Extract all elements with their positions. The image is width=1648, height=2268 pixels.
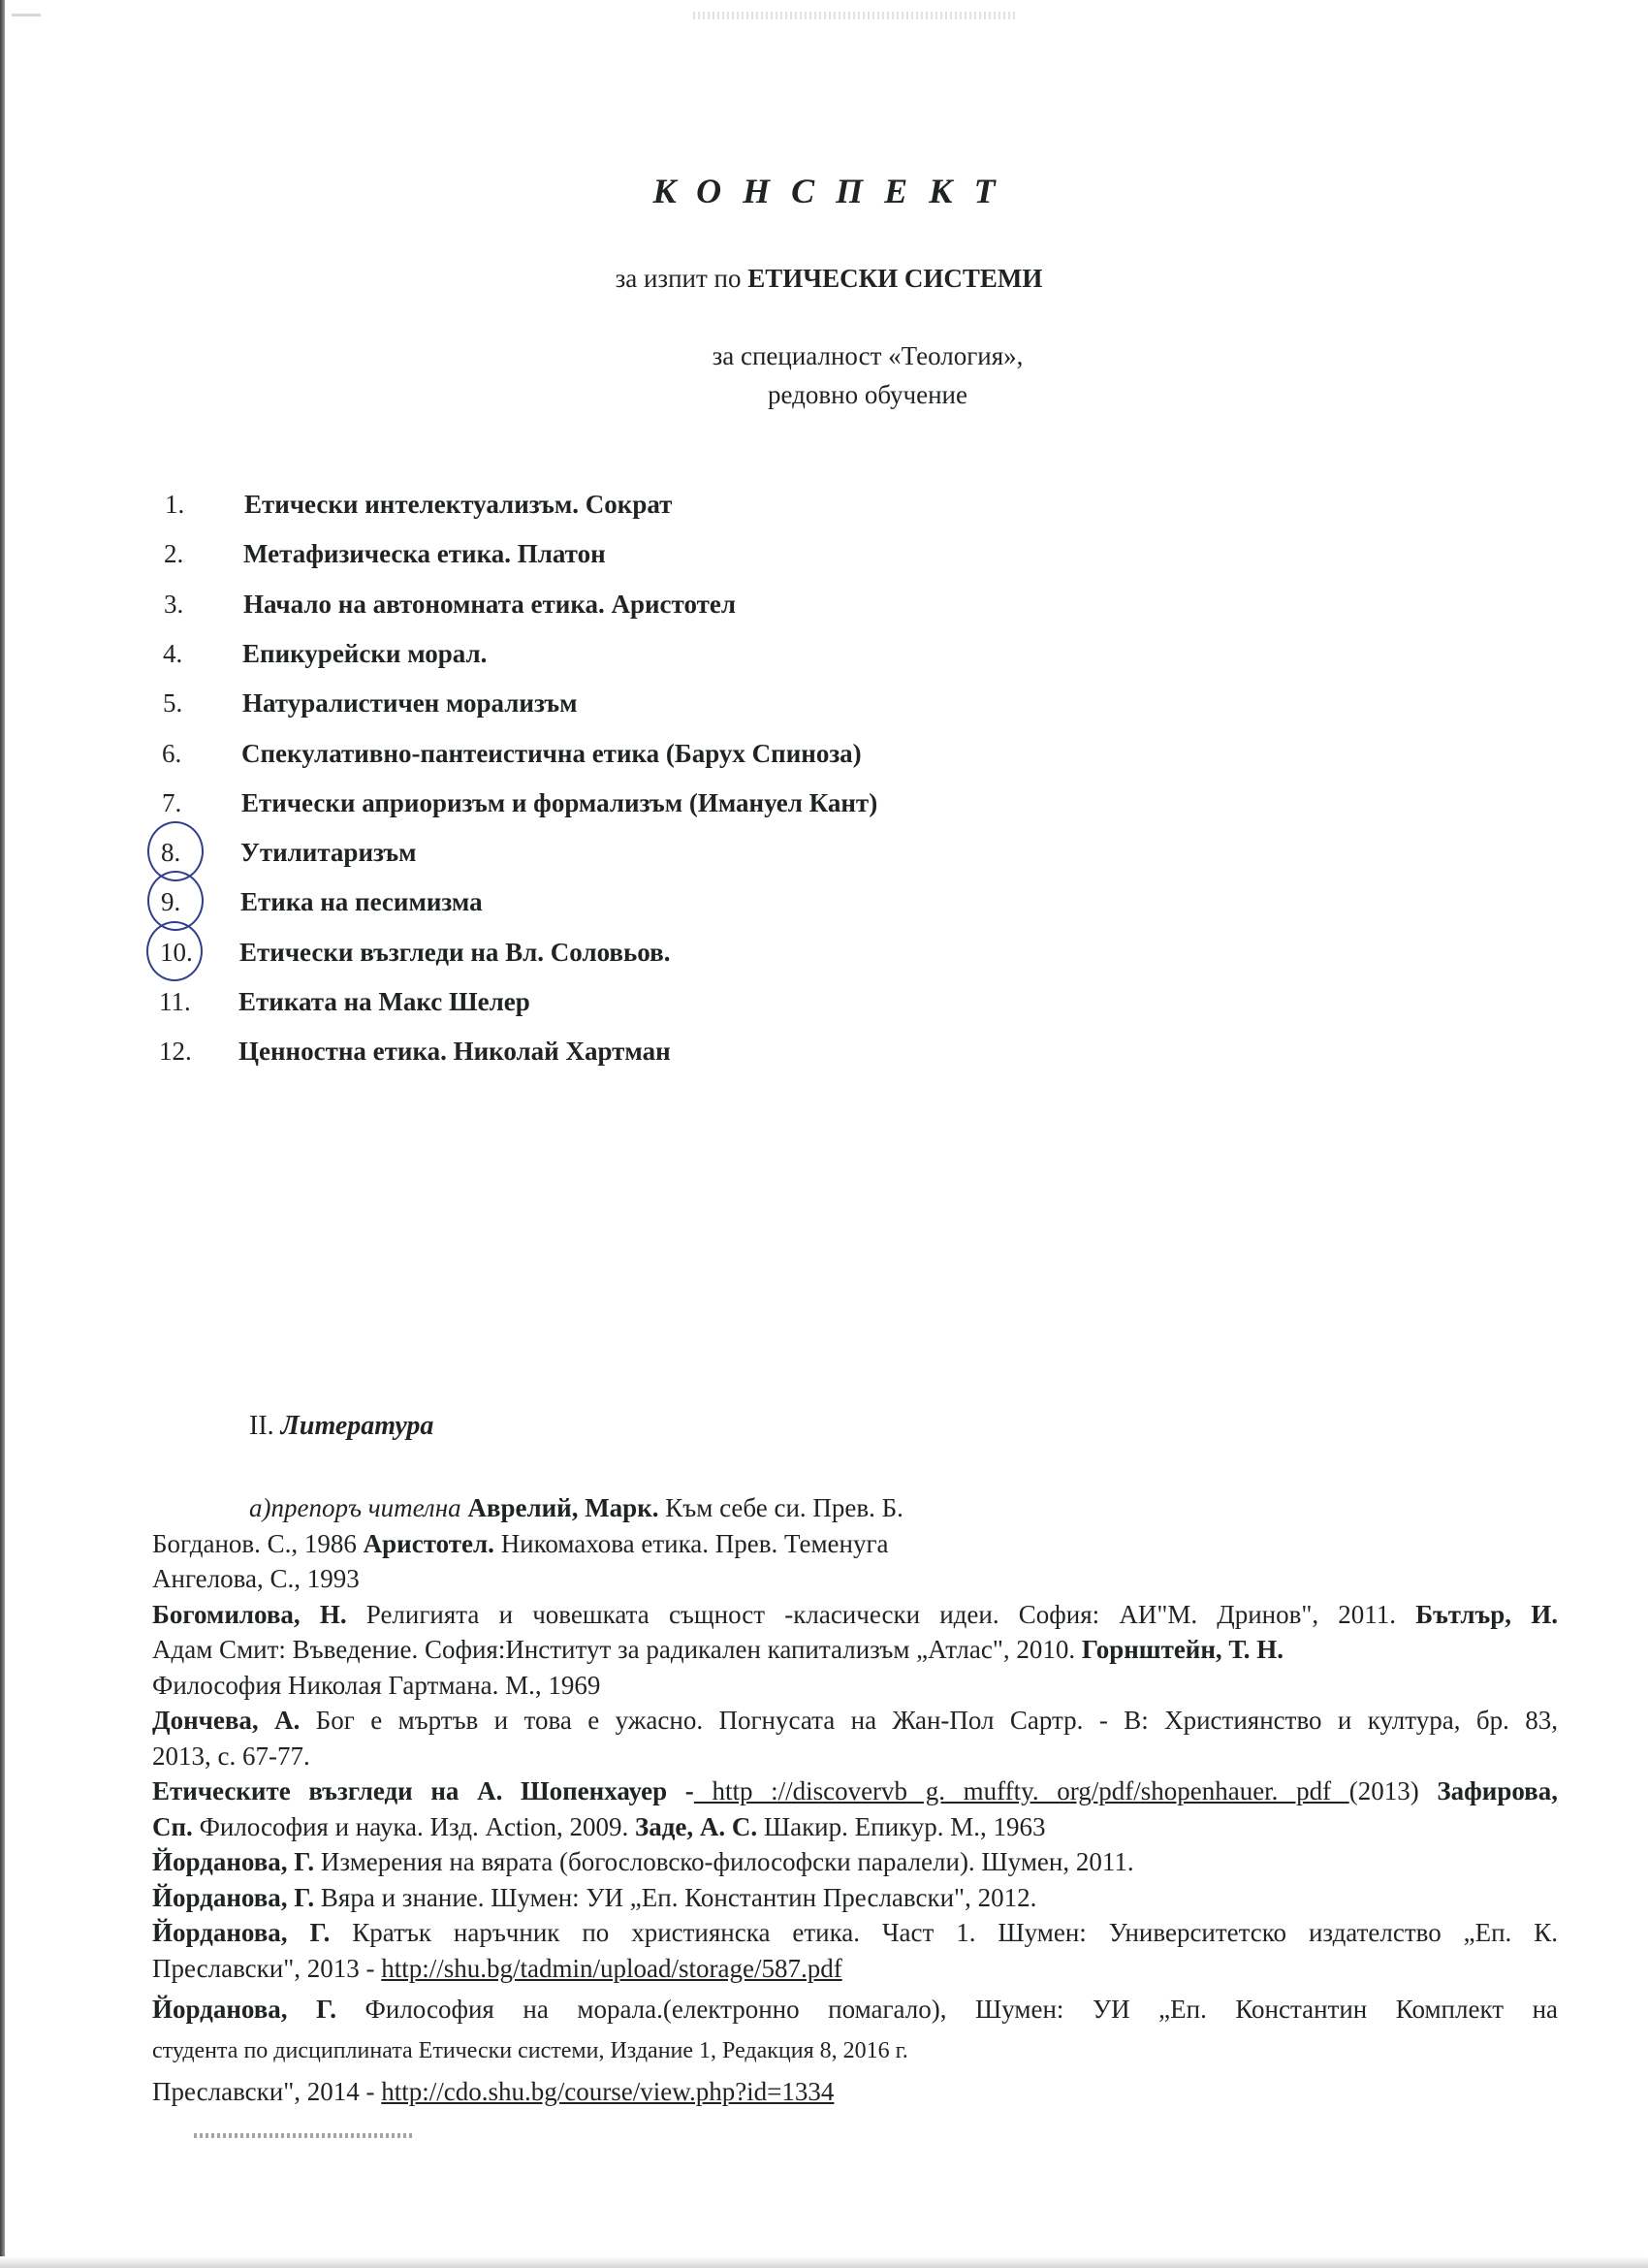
entry-text: Към себе си. Прев. Б.: [659, 1493, 903, 1522]
bibliography-entry: Преславски", 2014 - http://cdo.shu.bg/co…: [152, 2074, 1558, 2110]
bibliography-entry: Йорданова, Г. Измерения на вярата (богос…: [152, 1844, 1558, 1880]
entry-text: Ангелова, С., 1993: [152, 1564, 360, 1593]
document-specialty: за специалност «Теология», редовно обуче…: [0, 336, 1648, 414]
literature-heading: II. Литература: [249, 1411, 433, 1442]
topic-title: Ценностна етика. Николай Хартман: [238, 1032, 671, 1070]
bibliography-entry: Богданов. С., 1986 Аристотел. Никомахова…: [152, 1526, 1558, 1562]
entry-text: Преславски", 2014 -: [152, 2077, 381, 2106]
topic-title: Етиката на Макс Шелер: [238, 982, 530, 1021]
topic-number: 5.: [163, 684, 182, 722]
shu-storage-link[interactable]: http://shu.bg/tadmin/upload/storage/587.…: [381, 1954, 841, 1983]
topic-title: Спекулативно-пантеистична етика (Барух С…: [241, 734, 862, 773]
topic-number: 12.: [159, 1032, 192, 1070]
entry-text: Вяра и знание. Шумен: УИ „Еп. Константин…: [314, 1883, 1036, 1912]
bibliography-entry: Дончева, А. Бог е мъртъв и това е ужасно…: [152, 1703, 1558, 1739]
bibliography-entry: Етическите възгледи на А. Шопенхауер - h…: [152, 1773, 1558, 1809]
entry-author: Зафирова,: [1437, 1776, 1558, 1805]
bibliography-entry: Преславски", 2013 - http://shu.bg/tadmin…: [152, 1951, 1558, 1987]
bibliography-entry: Йорданова, Г. Философия на морала.(елект…: [152, 1992, 1558, 2028]
topic-number: 11.: [159, 982, 191, 1021]
topic-title: Метафизическа етика. Платон: [243, 534, 606, 573]
entry-text: 2013, с. 67-77.: [152, 1741, 310, 1771]
entry-author: Дончева, А.: [152, 1706, 300, 1735]
topic-title: Етика на песимизма: [240, 882, 483, 921]
subtitle-subject: ЕТИЧЕСКИ СИСТЕМИ: [747, 264, 1042, 293]
document-title: КОНСПЕКТ: [0, 171, 1648, 211]
entry-text: Богданов. С., 1986: [152, 1529, 364, 1558]
bibliography-entry: Философия Николая Гартмана. М., 1969: [152, 1668, 1558, 1704]
topic-title: Начало на автономната етика. Аристотел: [243, 585, 736, 623]
entry-text: Философия и наука. Изд. Action, 2009.: [193, 1812, 635, 1841]
topic-number: 9.: [161, 882, 180, 921]
topic-number: 1.: [165, 485, 184, 524]
entry-author: Сп.: [152, 1812, 193, 1841]
entry-text: Религията и човешката същност -класическ…: [347, 1600, 1416, 1629]
subtitle-prefix: за изпит по: [616, 264, 748, 293]
bibliography-entry: Сп. Философия и наука. Изд. Action, 2009…: [152, 1809, 1558, 1845]
entry-author: Аристотел.: [364, 1529, 494, 1558]
page-footer-text: студента по дисциплината Етически систем…: [152, 2033, 1558, 2069]
entry-text: Никомахова етика. Прев. Теменуга: [494, 1529, 889, 1558]
bibliography-entry: а)препоръ чителна Аврелий, Марк. Към себ…: [152, 1490, 1558, 1526]
entry-author: Заде, А. С.: [635, 1812, 757, 1841]
topic-title: Етически възгледи на Вл. Соловьов.: [239, 933, 670, 972]
entry-text: Кратък наръчник по християнска етика. Ча…: [330, 1918, 1558, 1947]
entry-text: Адам Смит: Въведение. София:Институт за …: [152, 1635, 1082, 1664]
entry-author: Горнштейн, Т. Н.: [1082, 1635, 1284, 1664]
entry-author: Йорданова, Г.: [152, 1995, 336, 2024]
specialty-line: за специалност «Теология»,: [87, 336, 1648, 375]
topic-title: Епикурейски морал.: [242, 634, 487, 673]
bibliography: а)препоръ чителна Аврелий, Марк. Към себ…: [152, 1490, 1558, 2110]
footer-text: студента по дисциплината Етически систем…: [152, 2038, 908, 2063]
scan-bottom-edge: [0, 2256, 1648, 2268]
entry-author: Богомилова, Н.: [152, 1600, 347, 1629]
entry-author: Аврелий, Марк.: [467, 1493, 658, 1522]
entry-text: Философия Николая Гартмана. М., 1969: [152, 1671, 600, 1700]
entry-text: Философия на морала.(електронно помагало…: [336, 1995, 1558, 2024]
topic-number: 6.: [162, 734, 181, 773]
bibliography-entry: Богомилова, Н. Религията и човешката същ…: [152, 1597, 1558, 1633]
topic-title: Етически априоризъм и формализъм (Имануе…: [241, 783, 877, 822]
bibliography-entry: Йорданова, Г. Кратък наръчник по христия…: [152, 1915, 1558, 1951]
scan-mark-top-left: [12, 14, 41, 16]
entry-author: Йорданова, Г.: [152, 1918, 330, 1947]
bibliography-entry: Ангелова, С., 1993: [152, 1561, 1558, 1597]
scan-noise-top: [693, 12, 1018, 19]
topic-title: Етически интелектуализъм. Сократ: [244, 485, 672, 524]
topic-title: Натуралистичен морализъм: [242, 684, 578, 722]
document-subtitle: за изпит по ЕТИЧЕСКИ СИСТЕМИ: [0, 264, 1648, 294]
literature-heading-title: Литература: [281, 1411, 434, 1441]
entry-author: Йорданова, Г.: [152, 1883, 314, 1912]
study-mode-line: редовно обучение: [87, 375, 1648, 414]
entry-text: Бог е мъртъв и това е ужасно. Погнусата …: [300, 1706, 1558, 1735]
entry-title: Етическите възгледи на А. Шопенхауер -: [152, 1776, 694, 1805]
literature-heading-number: II.: [249, 1411, 281, 1441]
entry-text: Шакир. Епикур. М., 1963: [757, 1812, 1045, 1841]
entry-author: Йорданова, Г.: [152, 1847, 314, 1876]
entry-text: (2013): [1349, 1776, 1438, 1805]
scan-noise-bottom: [194, 2133, 412, 2138]
topic-number: 3.: [164, 585, 183, 623]
entry-text: Измерения на вярата (богословско-философ…: [314, 1847, 1133, 1876]
topic-number: 8.: [161, 833, 180, 872]
shopenhauer-link[interactable]: http ://discovervb g. muffty. org/pdf/sh…: [694, 1776, 1349, 1805]
cdo-course-link[interactable]: http://cdo.shu.bg/course/view.php?id=133…: [381, 2077, 834, 2106]
entry-text: Преславски", 2013 -: [152, 1954, 381, 1983]
topic-number: 2.: [164, 534, 183, 573]
bibliography-entry: 2013, с. 67-77.: [152, 1739, 1558, 1774]
topic-number: 10.: [160, 933, 193, 972]
topic-number: 7.: [162, 783, 181, 822]
topic-title: Утилитаризъм: [240, 833, 417, 872]
recommended-label: а)препоръ чителна: [249, 1493, 461, 1522]
bibliography-entry: Адам Смит: Въведение. София:Институт за …: [152, 1632, 1558, 1668]
bibliography-entry: Йорданова, Г. Вяра и знание. Шумен: УИ „…: [152, 1880, 1558, 1916]
topic-number: 4.: [163, 634, 182, 673]
entry-author: Бътлър, И.: [1415, 1600, 1558, 1629]
